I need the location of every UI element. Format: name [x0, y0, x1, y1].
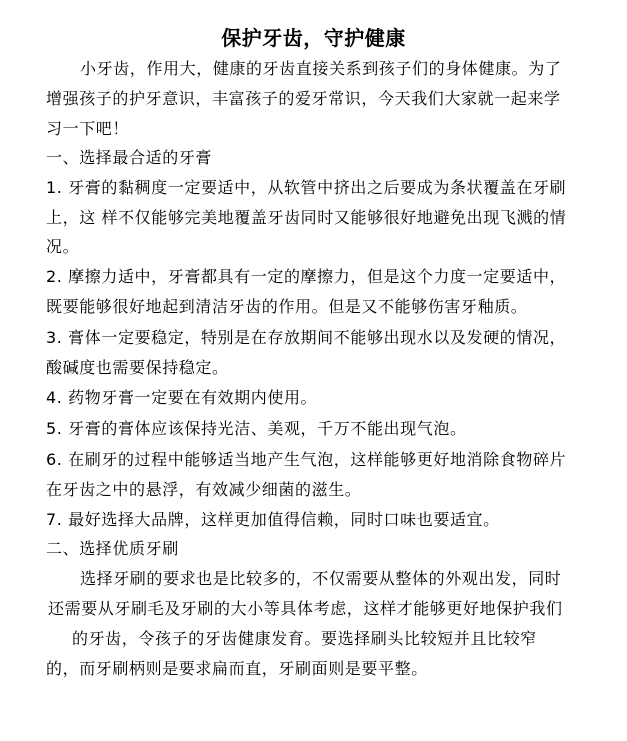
intro-line-3: 习一下吧！ [46, 118, 129, 140]
section-heading-toothpaste: 一、选择最合适的牙膏 [46, 147, 212, 169]
toothpaste-item-3-line-1: 3. 膏体一定要稳定，特别是在存放期间不能够出现水以及发硬的情况， [46, 327, 566, 349]
toothbrush-paragraph-line-4: 的，而牙刷柄则是要求扁而直，牙刷面则是要平整。 [46, 658, 428, 680]
toothpaste-item-1-line-1: 1. 牙膏的黏稠度一定要适中，从软管中挤出之后要成为条状覆盖在牙刷 [46, 177, 566, 199]
toothpaste-item-2-line-1: 2. 摩擦力适中，牙膏都具有一定的摩擦力，但是这个力度一定要适中， [46, 266, 566, 288]
toothpaste-item-7: 7. 最好选择大品牌，这样更加值得信赖，同时口味也要适宜。 [46, 509, 500, 531]
toothpaste-item-5: 5. 牙膏的膏体应该保持光洁、美观，千万不能出现气泡。 [46, 418, 467, 440]
toothpaste-item-4: 4. 药物牙膏一定要在有效期内使用。 [46, 387, 317, 409]
toothbrush-paragraph-line-2: 还需要从牙刷毛及牙刷的大小等具体考虑，这样才能够更好地保护我们 [48, 598, 563, 620]
toothbrush-paragraph-line-1: 选择牙刷的要求也是比较多的，不仅需要从整体的外观出发，同时 [80, 568, 561, 590]
toothpaste-item-3-line-2: 酸碱度也需要保持稳定。 [46, 357, 229, 379]
toothpaste-item-6-line-2: 在牙齿之中的悬浮，有效减少细菌的滋生。 [46, 479, 361, 501]
toothbrush-paragraph-line-3: 的牙齿，令孩子的牙齿健康发育。要选择刷头比较短并且比较窄 [72, 628, 537, 650]
toothpaste-item-6-line-1: 6. 在刷牙的过程中能够适当地产生气泡，这样能够更好地消除食物碎片 [46, 449, 566, 471]
document-title: 保护牙齿，守护健康 [0, 24, 627, 52]
intro-line-2: 增强孩子的护牙意识，丰富孩子的爱牙常识，今天我们大家就一起来学 [46, 88, 561, 110]
intro-line-1: 小牙齿，作用大，健康的牙齿直接关系到孩子们的身体健康。为了 [80, 58, 561, 80]
toothpaste-item-2-line-2: 既要能够很好地起到清洁牙齿的作用。但是又不能够伤害牙釉质。 [46, 296, 527, 318]
section-heading-toothbrush: 二、选择优质牙刷 [46, 538, 179, 560]
toothpaste-item-1-line-3: 况。 [46, 236, 79, 258]
toothpaste-item-1-line-2: 上，这 样不仅能够完美地覆盖牙齿同时又能够很好地避免出现飞溅的情 [46, 207, 566, 229]
